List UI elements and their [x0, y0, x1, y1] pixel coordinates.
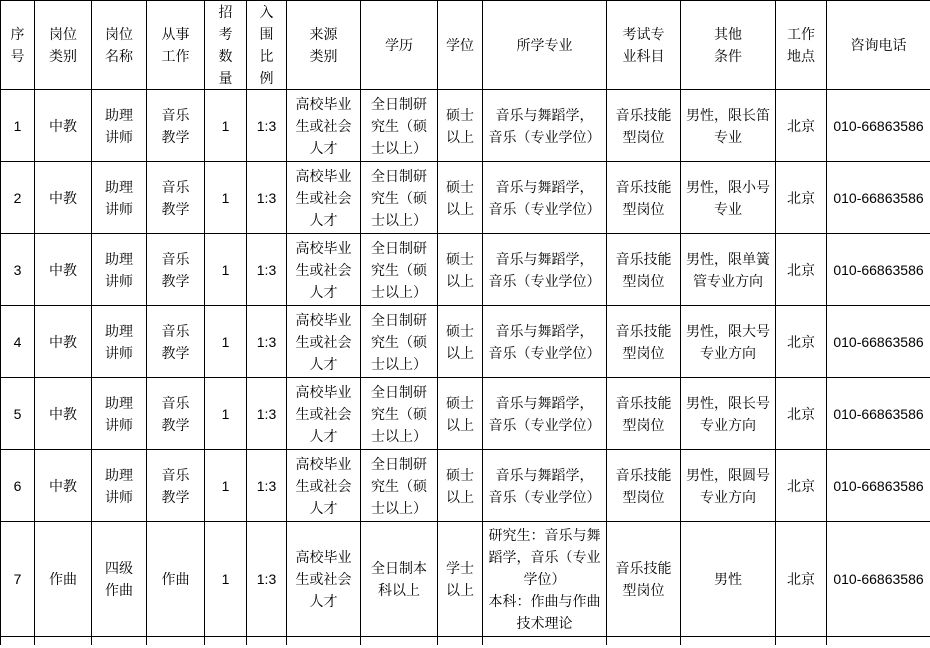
cell-other-conditions: 男性，限单簧 管专业方向 [681, 234, 776, 306]
header-cell-exam-subject: 考试专 业科目 [607, 1, 681, 90]
cell-major-studied: 音乐与舞蹈学， 音乐（专业学位） [483, 378, 607, 450]
partial-cell-position-name [92, 637, 147, 645]
partial-cell-other-conditions [681, 637, 776, 645]
cell-position-name: 助理 讲师 [92, 450, 147, 522]
cell-recruit-quantity: 1 [205, 90, 247, 162]
cell-work-engaged: 音乐 教学 [147, 162, 205, 234]
cell-exam-subject: 音乐技能 型岗位 [607, 306, 681, 378]
cell-serial-number: 7 [1, 522, 35, 637]
cell-serial-number: 2 [1, 162, 35, 234]
cell-education: 全日制本 科以上 [361, 522, 438, 637]
cell-shortlist-ratio: 1:3 [247, 234, 287, 306]
cell-shortlist-ratio: 1:3 [247, 450, 287, 522]
cell-recruit-quantity: 1 [205, 162, 247, 234]
cell-serial-number: 4 [1, 306, 35, 378]
cell-recruit-quantity: 1 [205, 234, 247, 306]
cell-source-category: 高校毕业 生或社会 人才 [287, 522, 361, 637]
partial-cell-recruit-quantity [205, 637, 247, 645]
cell-major-studied: 研究生：音乐与舞 蹈学，音乐（专业 学位） 本科：作曲与作曲 技术理论 [483, 522, 607, 637]
cell-work-engaged: 作曲 [147, 522, 205, 637]
cell-degree: 硕士 以上 [438, 306, 483, 378]
cell-work-location: 北京 [776, 162, 827, 234]
cell-contact-phone: 010-66863586 [827, 378, 930, 450]
cell-major-studied: 音乐与舞蹈学， 音乐（专业学位） [483, 90, 607, 162]
cell-work-location: 北京 [776, 306, 827, 378]
cell-work-engaged: 音乐 教学 [147, 306, 205, 378]
header-cell-recruit-quantity: 招 考 数 量 [205, 1, 247, 90]
header-cell-shortlist-ratio: 入 围 比 例 [247, 1, 287, 90]
cell-major-studied: 音乐与舞蹈学， 音乐（专业学位） [483, 306, 607, 378]
recruitment-table-page: 序 号岗位 类别岗位 名称从事 工作招 考 数 量入 围 比 例来源 类别学历学… [0, 0, 930, 648]
cell-recruit-quantity: 1 [205, 522, 247, 637]
partial-cell-education [361, 637, 438, 645]
partial-cell-contact-phone [827, 637, 930, 645]
cell-degree: 硕士 以上 [438, 450, 483, 522]
cell-position-category: 作曲 [35, 522, 92, 637]
cell-education: 全日制研 究生（硕 士以上） [361, 162, 438, 234]
cell-education: 全日制研 究生（硕 士以上） [361, 306, 438, 378]
cell-position-category: 中教 [35, 378, 92, 450]
cell-work-location: 北京 [776, 90, 827, 162]
cell-exam-subject: 音乐技能 型岗位 [607, 450, 681, 522]
cell-other-conditions: 男性，限小号 专业 [681, 162, 776, 234]
cell-work-engaged: 音乐 教学 [147, 90, 205, 162]
header-cell-source-category: 来源 类别 [287, 1, 361, 90]
cell-position-name: 助理 讲师 [92, 306, 147, 378]
cell-contact-phone: 010-66863586 [827, 306, 930, 378]
cell-work-location: 北京 [776, 450, 827, 522]
header-cell-work-engaged: 从事 工作 [147, 1, 205, 90]
cell-shortlist-ratio: 1:3 [247, 306, 287, 378]
cell-source-category: 高校毕业 生或社会 人才 [287, 378, 361, 450]
cell-source-category: 高校毕业 生或社会 人才 [287, 234, 361, 306]
cell-work-engaged: 音乐 教学 [147, 450, 205, 522]
cell-contact-phone: 010-66863586 [827, 162, 930, 234]
cell-exam-subject: 音乐技能 型岗位 [607, 162, 681, 234]
cell-position-category: 中教 [35, 306, 92, 378]
cell-serial-number: 1 [1, 90, 35, 162]
partial-cell-major-studied [483, 637, 607, 645]
cell-recruit-quantity: 1 [205, 450, 247, 522]
table-row-2: 2中教助理 讲师音乐 教学11:3高校毕业 生或社会 人才全日制研 究生（硕 士… [1, 162, 930, 234]
cell-position-name: 四级 作曲 [92, 522, 147, 637]
cell-work-location: 北京 [776, 234, 827, 306]
cell-education: 全日制研 究生（硕 士以上） [361, 234, 438, 306]
cell-serial-number: 3 [1, 234, 35, 306]
partial-cell-exam-subject [607, 637, 681, 645]
cell-contact-phone: 010-66863586 [827, 450, 930, 522]
cell-position-name: 助理 讲师 [92, 234, 147, 306]
header-cell-other-conditions: 其他 条件 [681, 1, 776, 90]
cell-exam-subject: 音乐技能 型岗位 [607, 90, 681, 162]
cell-degree: 学士 以上 [438, 522, 483, 637]
partial-cell-degree [438, 637, 483, 645]
cell-shortlist-ratio: 1:3 [247, 378, 287, 450]
cell-degree: 硕士 以上 [438, 90, 483, 162]
cell-other-conditions: 男性 [681, 522, 776, 637]
table-row-5: 5中教助理 讲师音乐 教学11:3高校毕业 生或社会 人才全日制研 究生（硕 士… [1, 378, 930, 450]
header-cell-position-name: 岗位 名称 [92, 1, 147, 90]
table-header: 序 号岗位 类别岗位 名称从事 工作招 考 数 量入 围 比 例来源 类别学历学… [1, 1, 930, 90]
cell-source-category: 高校毕业 生或社会 人才 [287, 450, 361, 522]
cell-position-category: 中教 [35, 162, 92, 234]
partial-cell-serial-number [1, 637, 35, 645]
cell-shortlist-ratio: 1:3 [247, 522, 287, 637]
cell-major-studied: 音乐与舞蹈学， 音乐（专业学位） [483, 234, 607, 306]
table-row-1: 1中教助理 讲师音乐 教学11:3高校毕业 生或社会 人才全日制研 究生（硕 士… [1, 90, 930, 162]
cell-shortlist-ratio: 1:3 [247, 90, 287, 162]
partial-cell-work-location [776, 637, 827, 645]
cell-position-name: 助理 讲师 [92, 90, 147, 162]
cell-degree: 硕士 以上 [438, 162, 483, 234]
cell-other-conditions: 男性，限长号 专业方向 [681, 378, 776, 450]
cell-work-engaged: 音乐 教学 [147, 234, 205, 306]
table-row-4: 4中教助理 讲师音乐 教学11:3高校毕业 生或社会 人才全日制研 究生（硕 士… [1, 306, 930, 378]
cell-major-studied: 音乐与舞蹈学， 音乐（专业学位） [483, 162, 607, 234]
cell-exam-subject: 音乐技能 型岗位 [607, 378, 681, 450]
partial-cell-source-category [287, 637, 361, 645]
cell-source-category: 高校毕业 生或社会 人才 [287, 90, 361, 162]
cell-contact-phone: 010-66863586 [827, 234, 930, 306]
cell-recruit-quantity: 1 [205, 306, 247, 378]
partial-cell-work-engaged [147, 637, 205, 645]
partial-cell-position-category [35, 637, 92, 645]
cell-education: 全日制研 究生（硕 士以上） [361, 378, 438, 450]
header-cell-position-category: 岗位 类别 [35, 1, 92, 90]
cell-other-conditions: 男性，限圆号 专业方向 [681, 450, 776, 522]
cell-other-conditions: 男性，限大号 专业方向 [681, 306, 776, 378]
cell-degree: 硕士 以上 [438, 378, 483, 450]
cell-exam-subject: 音乐技能 型岗位 [607, 522, 681, 637]
cell-source-category: 高校毕业 生或社会 人才 [287, 306, 361, 378]
cell-education: 全日制研 究生（硕 士以上） [361, 90, 438, 162]
header-row: 序 号岗位 类别岗位 名称从事 工作招 考 数 量入 围 比 例来源 类别学历学… [1, 1, 930, 90]
job-positions-table: 序 号岗位 类别岗位 名称从事 工作招 考 数 量入 围 比 例来源 类别学历学… [0, 0, 930, 645]
cell-contact-phone: 010-66863586 [827, 90, 930, 162]
partial-cell-shortlist-ratio [247, 637, 287, 645]
table-row-6: 6中教助理 讲师音乐 教学11:3高校毕业 生或社会 人才全日制研 究生（硕 士… [1, 450, 930, 522]
cell-degree: 硕士 以上 [438, 234, 483, 306]
table-row-7: 7作曲四级 作曲作曲11:3高校毕业 生或社会 人才全日制本 科以上学士 以上研… [1, 522, 930, 637]
cell-work-engaged: 音乐 教学 [147, 378, 205, 450]
table-body: 1中教助理 讲师音乐 教学11:3高校毕业 生或社会 人才全日制研 究生（硕 士… [1, 90, 930, 645]
cell-major-studied: 音乐与舞蹈学， 音乐（专业学位） [483, 450, 607, 522]
header-cell-degree: 学位 [438, 1, 483, 90]
cell-work-location: 北京 [776, 378, 827, 450]
cell-shortlist-ratio: 1:3 [247, 162, 287, 234]
cell-position-name: 助理 讲师 [92, 162, 147, 234]
cell-work-location: 北京 [776, 522, 827, 637]
cell-position-category: 中教 [35, 450, 92, 522]
partial-row [1, 637, 930, 645]
header-cell-major-studied: 所学专业 [483, 1, 607, 90]
cell-serial-number: 6 [1, 450, 35, 522]
cell-serial-number: 5 [1, 378, 35, 450]
header-cell-education: 学历 [361, 1, 438, 90]
table-row-3: 3中教助理 讲师音乐 教学11:3高校毕业 生或社会 人才全日制研 究生（硕 士… [1, 234, 930, 306]
cell-position-category: 中教 [35, 90, 92, 162]
cell-other-conditions: 男性，限长笛 专业 [681, 90, 776, 162]
cell-position-category: 中教 [35, 234, 92, 306]
cell-position-name: 助理 讲师 [92, 378, 147, 450]
cell-exam-subject: 音乐技能 型岗位 [607, 234, 681, 306]
header-cell-contact-phone: 咨询电话 [827, 1, 930, 90]
header-cell-serial-number: 序 号 [1, 1, 35, 90]
cell-contact-phone: 010-66863586 [827, 522, 930, 637]
cell-education: 全日制研 究生（硕 士以上） [361, 450, 438, 522]
header-cell-work-location: 工作 地点 [776, 1, 827, 90]
cell-recruit-quantity: 1 [205, 378, 247, 450]
cell-source-category: 高校毕业 生或社会 人才 [287, 162, 361, 234]
